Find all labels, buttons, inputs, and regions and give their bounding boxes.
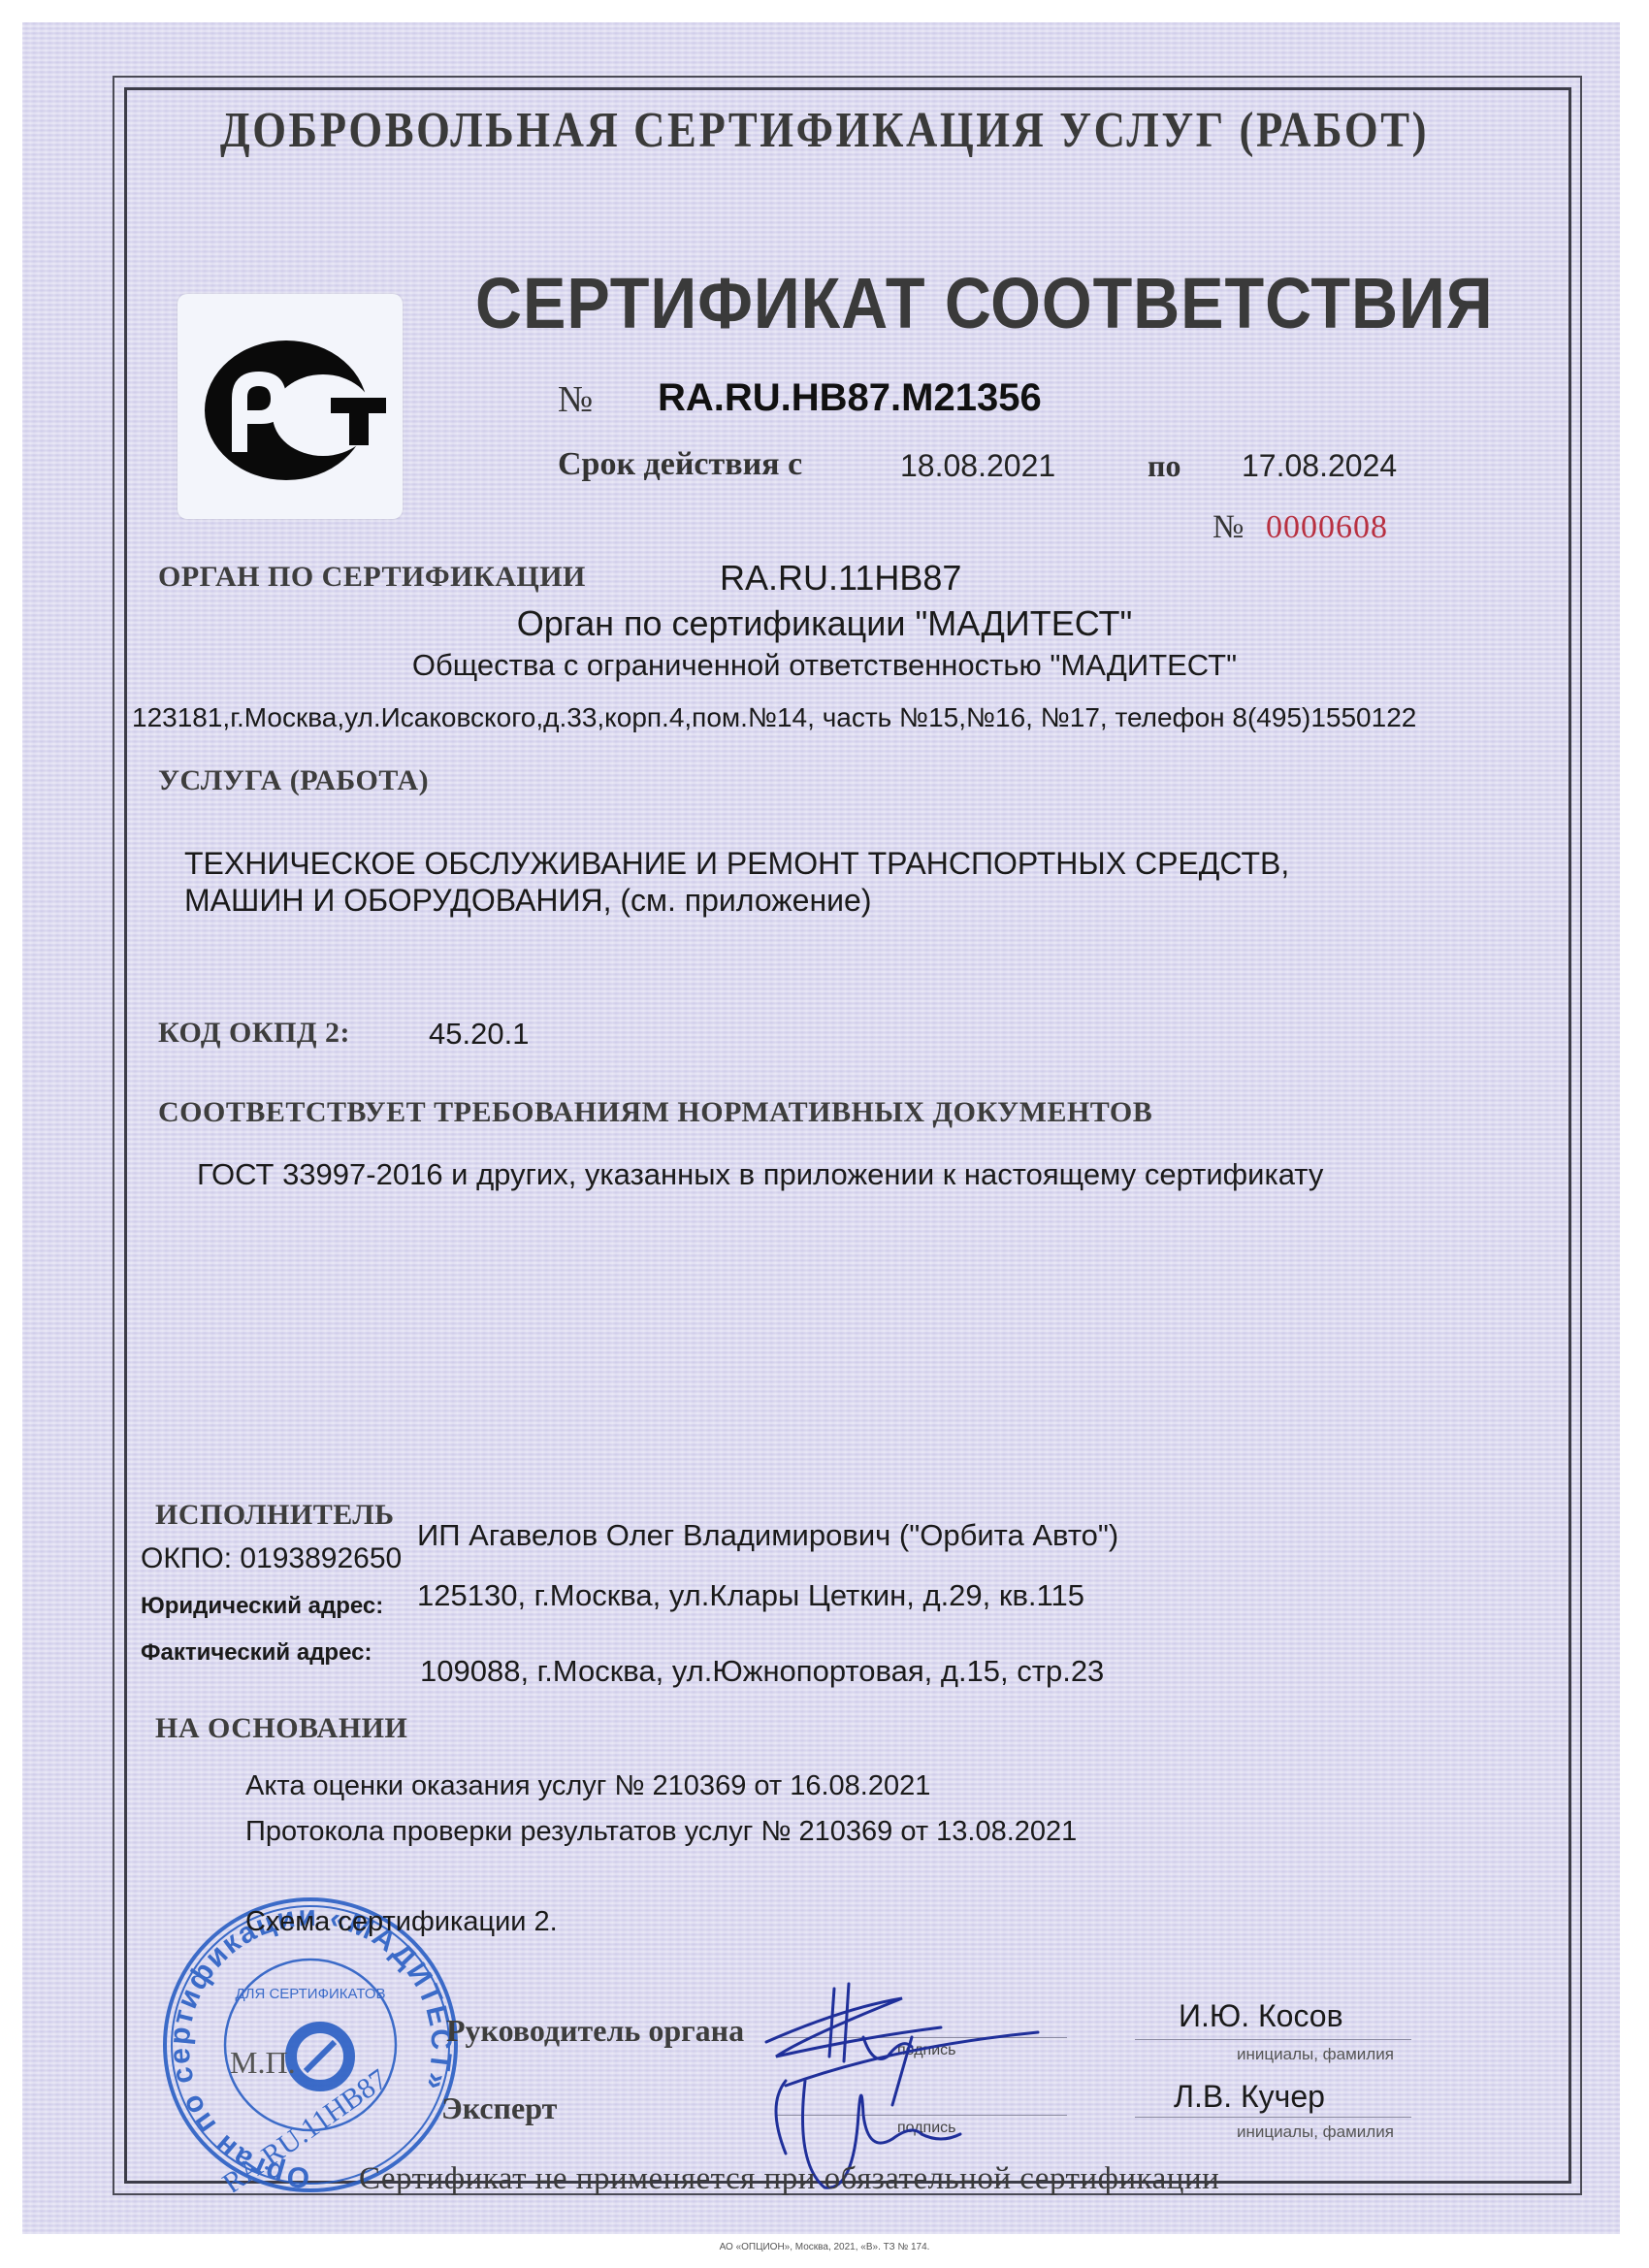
head-role-label: Руководитель органа	[446, 2013, 744, 2049]
certificate-number: RA.RU.HB87.M21356	[658, 376, 1042, 420]
expert-name-line	[1135, 2117, 1411, 2118]
disclaimer-text: Сертификат не применяется при обязательн…	[359, 2161, 1219, 2197]
certification-body-company: Общества с ограниченной ответственностью…	[0, 648, 1649, 683]
service-label: УСЛУГА (РАБОТА)	[158, 764, 429, 797]
serial-number: 0000608	[1266, 509, 1388, 546]
certification-scheme: Схема сертификации 2.	[245, 1906, 558, 1938]
basis-label: НА ОСНОВАНИИ	[155, 1712, 407, 1745]
service-description-line2: МАШИН И ОБОРУДОВАНИЯ, (см. приложение)	[184, 883, 871, 919]
basis-document-2: Протокола проверки результатов услуг № 2…	[245, 1816, 1077, 1848]
valid-to-label: по	[1148, 448, 1180, 484]
printer-imprint: АО «ОПЦИОН», Москва, 2021, «В». ТЗ № 174…	[0, 2242, 1649, 2252]
valid-to-date: 17.08.2024	[1242, 448, 1397, 484]
okpd-value: 45.20.1	[429, 1017, 529, 1052]
certification-body-code: RA.RU.11HB87	[720, 558, 961, 599]
actual-address-label: Фактический адрес:	[141, 1639, 372, 1667]
certification-body-name: Орган по сертификации "МАДИТЕСТ"	[0, 603, 1649, 644]
head-name-line	[1135, 2039, 1411, 2040]
expert-name-caption: инициалы, фамилия	[1237, 2122, 1394, 2142]
head-name: И.Ю. Косов	[1179, 1998, 1343, 2034]
expert-role-label: Эксперт	[441, 2090, 557, 2126]
certificate-number-label: №	[558, 378, 593, 421]
legal-address: 125130, г.Москва, ул.Клары Цеткин, д.29,…	[417, 1578, 1084, 1613]
validity-label: Срок действия с	[558, 446, 802, 483]
okpd-label: КОД ОКПД 2:	[158, 1017, 350, 1050]
executor-name: ИП Агавелов Олег Владимирович ("Орбита А…	[417, 1518, 1118, 1553]
executor-label: ИСПОЛНИТЕЛЬ	[155, 1499, 395, 1532]
voluntary-certification-heading: ДОБРОВОЛЬНАЯ СЕРТИФИКАЦИЯ УСЛУГ (РАБОТ)	[115, 102, 1534, 159]
valid-from-date: 18.08.2021	[900, 448, 1055, 484]
certificate-title: СЕРТИФИКАТ СООТВЕТСТВИЯ	[475, 262, 1494, 344]
stamp-place-label: М.П.	[230, 2045, 296, 2081]
svg-text:ДЛЯ СЕРТИФИКАТОВ: ДЛЯ СЕРТИФИКАТОВ	[235, 1986, 385, 2002]
head-name-caption: инициалы, фамилия	[1237, 2045, 1394, 2064]
executor-okpo: ОКПО: 0193892650	[141, 1542, 402, 1575]
certification-body-label: ОРГАН ПО СЕРТИФИКАЦИИ	[158, 561, 586, 594]
certification-body-address: 123181,г.Москва,ул.Исаковского,д.33,корп…	[132, 702, 1416, 733]
service-description-line1: ТЕХНИЧЕСКОЕ ОБСЛУЖИВАНИЕ И РЕМОНТ ТРАНСП…	[184, 846, 1289, 882]
conformity-label: СООТВЕТСТВУЕТ ТРЕБОВАНИЯМ НОРМАТИВНЫХ ДО…	[158, 1096, 1152, 1129]
expert-name: Л.В. Кучер	[1174, 2079, 1325, 2115]
legal-address-label: Юридический адрес:	[141, 1593, 383, 1620]
actual-address: 109088, г.Москва, ул.Южнопортовая, д.15,…	[420, 1654, 1104, 1689]
basis-document-1: Акта оценки оказания услуг № 210369 от 1…	[245, 1770, 930, 1802]
conformity-standards: ГОСТ 33997-2016 и других, указанных в пр…	[197, 1157, 1323, 1192]
serial-number-label: №	[1212, 509, 1244, 546]
rst-conformity-mark-icon	[178, 294, 403, 519]
